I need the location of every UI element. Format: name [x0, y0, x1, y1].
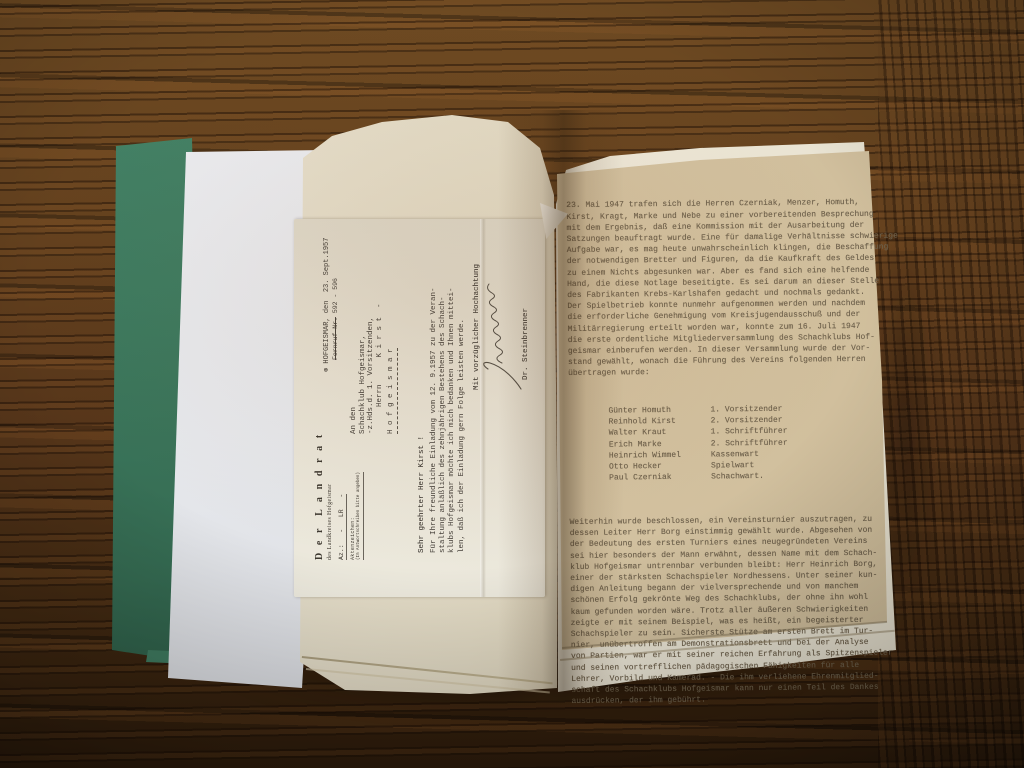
photo-open-book-on-wooden-table: D e r L a n d r a t des Landkreises Hofg… [0, 0, 1024, 768]
photo-vignette [0, 0, 1024, 768]
